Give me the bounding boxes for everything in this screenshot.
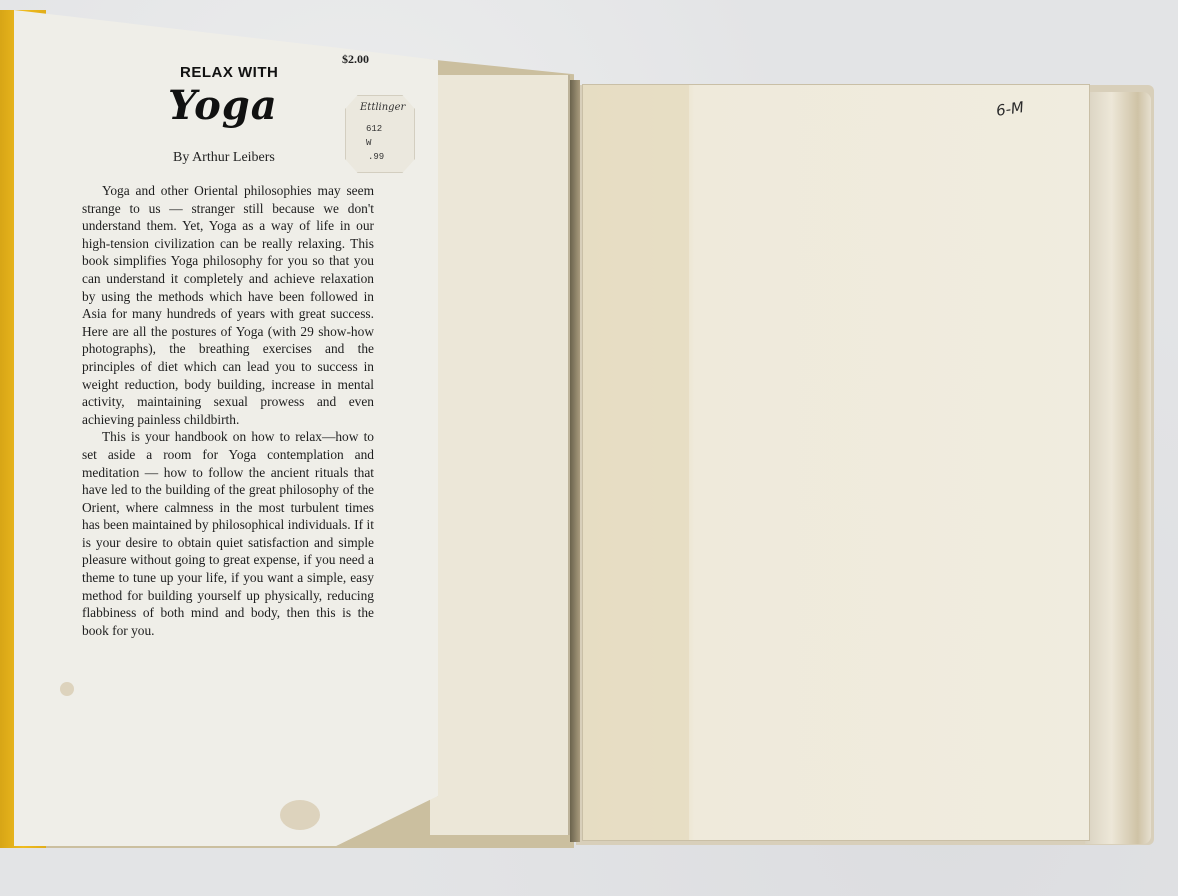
stain <box>280 800 320 830</box>
left-endpaper <box>430 75 570 835</box>
sticker-signature: Ettlinger <box>360 102 405 113</box>
blurb-paragraph: Yoga and other Oriental philosophies may… <box>82 182 374 428</box>
flap-blurb: Yoga and other Oriental philosophies may… <box>82 182 374 639</box>
book-title: Yoga <box>168 82 278 129</box>
right-endpaper-page <box>582 84 1090 841</box>
price-label: $2.00 <box>342 52 369 67</box>
book-gutter <box>570 80 580 842</box>
handwritten-note: 6-M <box>995 98 1025 120</box>
sticker-line: W <box>366 138 371 148</box>
sticker-line: .99 <box>368 152 384 162</box>
bookseller-sticker: Ettlinger 612 W .99 <box>345 95 415 173</box>
right-board-edge <box>1085 92 1151 844</box>
blurb-paragraph: This is your handbook on how to relax—ho… <box>82 428 374 639</box>
stain <box>60 682 74 696</box>
sticker-line: 612 <box>366 124 382 134</box>
series-line: RELAX WITH <box>180 64 278 81</box>
page-discoloration <box>583 85 689 840</box>
author-line: By Arthur Leibers <box>173 150 275 166</box>
